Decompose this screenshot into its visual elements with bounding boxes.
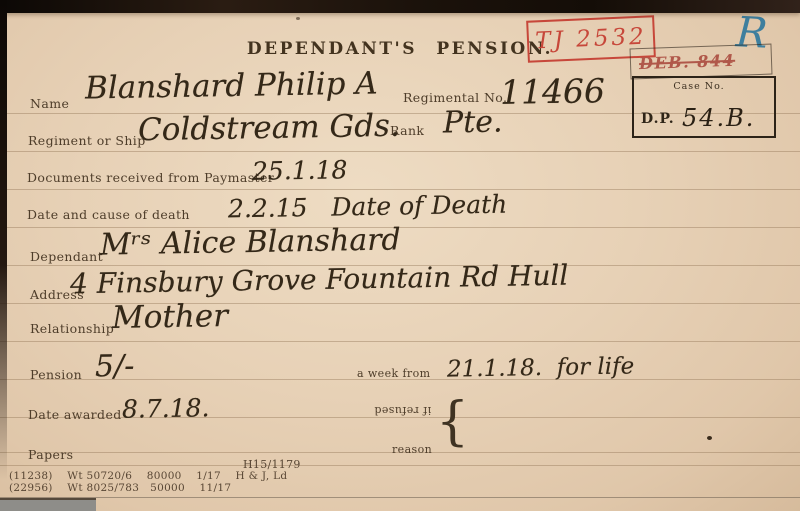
reason-label: reason [392,443,432,456]
ruled-line [0,189,800,190]
ink-speck [707,436,712,440]
scan-edge-bottom-left [0,498,96,511]
print-code-line-2: (22956) Wt 8025/783 50000 11/17 [9,482,231,494]
relationship-label: Relationship [30,321,114,336]
regiment-or-ship-value: Coldstream Gds. [138,108,400,149]
dependant-label: Dependant [30,249,103,264]
scan-edge-top [0,0,800,13]
papers-label: Papers [28,447,74,462]
date-cause-death-value: 2.2.15 Date of Death [228,190,508,224]
case-no-label: Case No. [634,81,764,92]
case-number-box: Case No. D.P. 54.B. [632,76,776,138]
documents-received-value: 25.1.18 [252,155,348,186]
card-bottom-crease [0,497,800,498]
ink-speck [296,17,300,20]
relationship-value: Mother [112,298,229,336]
regimental-no-label: Regimental No. [403,90,507,105]
documents-received-label: Documents received from Paymaster [27,170,274,185]
print-code-line-1: (11238) Wt 50720/6 80000 1/17 H & J, Ld [9,470,287,482]
dp-case-value: 54.B. [682,104,755,132]
pension-value: 5/- [95,349,135,385]
a-week-from-label: a week from [357,367,430,380]
ruled-line [0,151,800,152]
refused-reason-brace: { [436,396,469,448]
pension-card-scan: DEPENDANT'S PENSION. TJ 2532 R DEB. 844 … [0,0,800,511]
rank-value: Pte. [443,104,503,140]
regiment-or-ship-label: Regiment or Ship [28,133,146,148]
date-awarded-value: 8.7.18. [122,393,210,424]
regimental-no-value: 11466 [500,71,606,112]
scan-edge-left [0,0,7,480]
date-awarded-label: Date awarded [28,407,122,422]
ruled-line [0,341,800,342]
deb-crossed-out-text: DEB. 844 [639,51,736,73]
deb-crossed-out-box: DEB. 844 [630,44,773,80]
name-value: Blanshard Philip A [85,65,378,106]
date-cause-death-label: Date and cause of death [27,207,190,222]
dependant-value: Mʳˢ Alice Blanshard [100,222,401,262]
pension-label: Pension [30,367,82,382]
dp-prefix-label: D.P. [641,111,675,127]
ruled-line [0,465,800,466]
if-refused-label: if refused [374,404,431,417]
week-from-value: 21.1.18. for life [447,353,635,382]
name-label: Name [30,96,69,111]
